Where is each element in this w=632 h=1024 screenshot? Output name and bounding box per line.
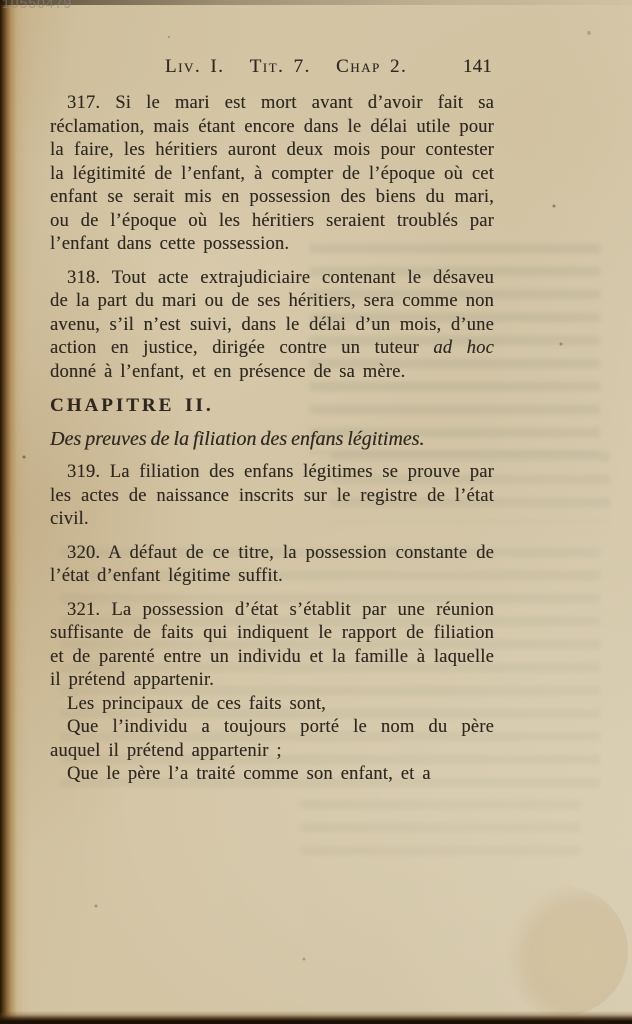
chapter-subtitle: Des preuves de la filiation des enfans l… bbox=[50, 428, 426, 452]
page-number: 141 bbox=[463, 55, 492, 79]
running-header: Liv. I. Tit. 7. Chap 2. 141 bbox=[50, 55, 494, 78]
bleedthrough-texture bbox=[300, 800, 580, 860]
chapter-heading: CHAPITRE II. bbox=[50, 394, 426, 418]
header-book-segment: Liv. I. bbox=[165, 55, 224, 79]
page-gutter-shadow bbox=[0, 0, 30, 1024]
scan-id-watermark: 10550479 bbox=[2, 0, 72, 11]
text-column: Liv. I. Tit. 7. Chap 2. 141 317. Si le m… bbox=[50, 0, 494, 787]
page-top-edge bbox=[0, 0, 632, 5]
paragraph-article-321: 321. La possession d’état s’établit par … bbox=[50, 599, 494, 693]
body-text: 317. Si le mari est mort avant d’avoir f… bbox=[50, 92, 494, 787]
paragraph-article-319: 319. La filiation des enfans légitimes s… bbox=[50, 461, 494, 532]
article-318-text-before: 318. Tout acte extrajudiciaire contenant… bbox=[50, 268, 494, 359]
article-318-latin-phrase: ad hoc bbox=[433, 338, 494, 358]
page-bottom-edge bbox=[0, 1011, 632, 1024]
header-title-segment: Tit. 7. bbox=[250, 55, 311, 79]
paper-stain bbox=[498, 886, 628, 1016]
paragraph-article-320: 320. A défaut de ce titre, la possession… bbox=[50, 542, 494, 589]
running-header-title: Liv. I. Tit. 7. Chap 2. bbox=[165, 55, 407, 79]
paragraph-article-318: 318. Tout acte extrajudiciaire contenant… bbox=[50, 267, 494, 385]
line-que-nom-du-pere: Que l’individu a toujours porté le nom d… bbox=[50, 716, 494, 763]
line-que-traite-enfant: Que le père l’a traité comme son enfant,… bbox=[50, 763, 494, 787]
line-principaux: Les principaux de ces faits sont, bbox=[50, 693, 494, 717]
paragraph-article-317: 317. Si le mari est mort avant d’avoir f… bbox=[50, 92, 494, 257]
header-chapter-segment: Chap 2. bbox=[336, 55, 407, 79]
article-318-text-after: donné à l’enfant, et en présence de sa m… bbox=[50, 362, 405, 382]
book-page-scan: 10550479 Liv. I. Tit. 7. Chap 2. 141 317… bbox=[0, 0, 632, 1024]
